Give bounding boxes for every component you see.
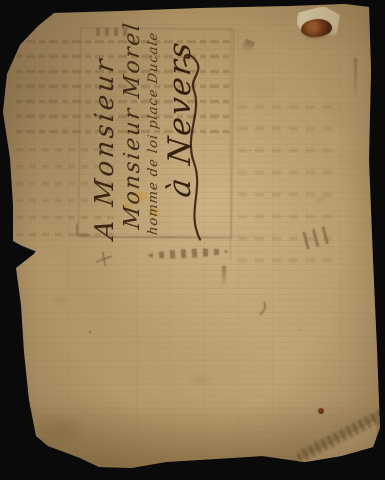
ink-smudge [96,252,112,266]
ink-smudge [243,293,269,319]
address-line-4: à Nevers [162,23,198,199]
crease-corner-mark [76,224,90,236]
torn-edge-notch [10,239,36,263]
ink-smudge [148,247,228,260]
ink-smudge [241,38,255,53]
ink-smudge [222,266,226,288]
scan-backdrop: A Monsieur Monsieur Morel homme de loi p… [0,0,385,480]
pen-flourish-icon [180,41,208,244]
ink-smudge [354,58,357,100]
vertical-fold-crease [230,28,231,260]
address-line-2: Monsieur Morel [120,23,146,230]
address-line-3: homme de loi place Ducale [146,24,162,236]
manuscript-page: A Monsieur Monsieur Morel homme de loi p… [0,0,385,480]
address-line-1: A Monsieur [90,23,120,241]
handwritten-address: A Monsieur Monsieur Morel homme de loi p… [90,25,220,245]
ink-spot [318,408,324,414]
